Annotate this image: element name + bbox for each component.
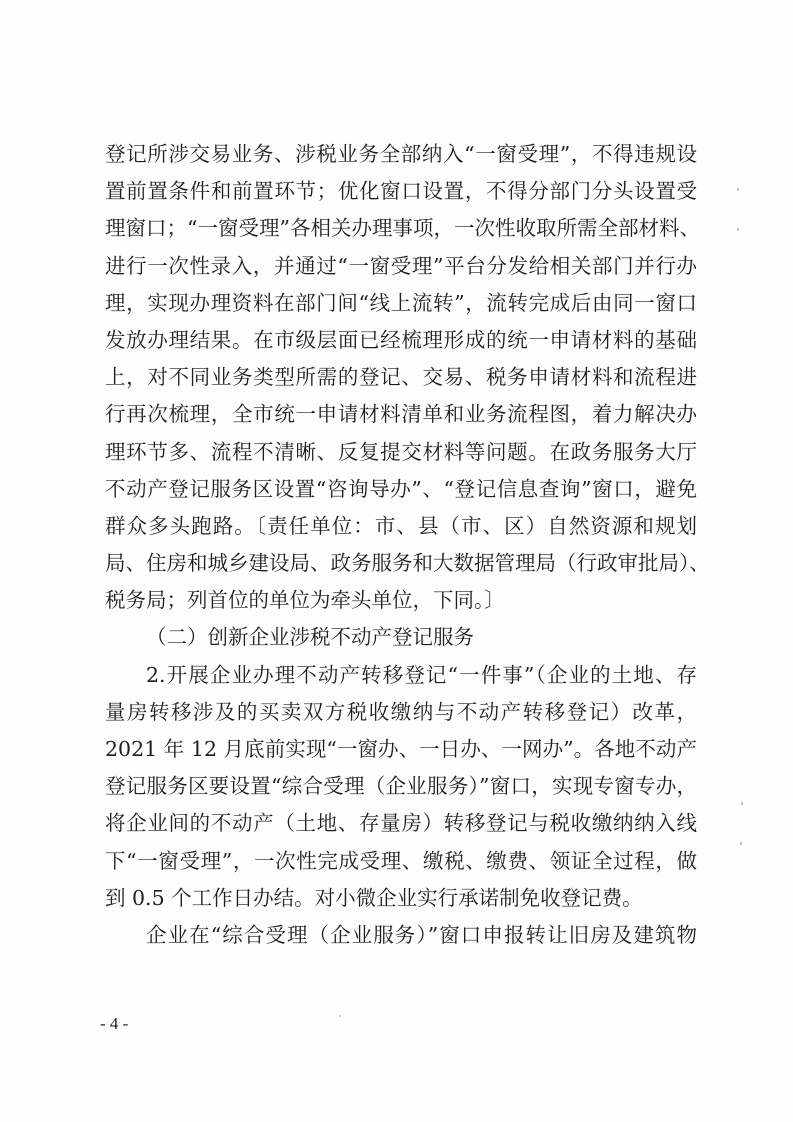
document-page: 登记所涉交易业务、涉税业务全部纳入“一窗受理”，不得违规设 置前置条件和前置环节… bbox=[0, 0, 793, 1122]
scan-speck bbox=[741, 802, 743, 805]
text-line: 上，对不同业务类型所需的登记、交易、税务申请材料和流程进 bbox=[105, 359, 697, 396]
text-line: 到 0.5 个工作日办结。对小微企业实行承诺制免收登记费。 bbox=[105, 880, 697, 917]
text-line: 不动产登记服务区设置“咨询导办”、“登记信息查询”窗口，避免 bbox=[105, 471, 697, 508]
text-line: 将企业间的不动产（土地、存量房）转移登记与税收缴纳纳入线 bbox=[105, 805, 697, 842]
text-line: 发放办理结果。在市级层面已经梳理形成的统一申请材料的基础 bbox=[105, 322, 697, 359]
text-line: 下“一窗受理”，一次性完成受理、缴税、缴费、领证全过程，做 bbox=[105, 843, 697, 880]
scan-speck bbox=[737, 228, 739, 231]
text-line: 群众多头跑路。〔责任单位：市、县（市、区）自然资源和规划 bbox=[105, 508, 697, 545]
text-line: 量房转移涉及的买卖双方税收缴纳与不动产转移登记）改革， bbox=[105, 694, 697, 731]
text-line: 局、住房和城乡建设局、政务服务和大数据管理局（行政审批局）、 bbox=[105, 545, 697, 582]
page-number: - 4 - bbox=[100, 1014, 128, 1034]
scan-speck bbox=[737, 188, 739, 191]
text-line: 登记所涉交易业务、涉税业务全部纳入“一窗受理”，不得违规设 bbox=[105, 136, 697, 173]
text-line: 税务局；列首位的单位为牵头单位，下同。〕 bbox=[105, 582, 697, 619]
text-line: 行再次梳理，全市统一申请材料清单和业务流程图，着力解决办 bbox=[105, 396, 697, 433]
text-line: 理环节多、流程不清晰、反复提交材料等问题。在政务服务大厅 bbox=[105, 434, 697, 471]
text-line: 置前置条件和前置环节；优化窗口设置，不得分部门分头设置受 bbox=[105, 173, 697, 210]
scan-speck bbox=[740, 842, 742, 845]
document-body: 登记所涉交易业务、涉税业务全部纳入“一窗受理”，不得违规设 置前置条件和前置环节… bbox=[105, 136, 697, 954]
text-line: 2.开展企业办理不动产转移登记“一件事”（企业的土地、存 bbox=[105, 657, 697, 694]
text-line: 进行一次性录入，并通过“一窗受理”平台分发给相关部门并行办 bbox=[105, 248, 697, 285]
text-line: 登记服务区要设置“综合受理（企业服务）”窗口，实现专窗专办， bbox=[105, 768, 697, 805]
section-heading: （二）创新企业涉税不动产登记服务 bbox=[105, 619, 697, 656]
text-line: 2021 年 12 月底前实现“一窗办、一日办、一网办”。各地不动产 bbox=[105, 731, 697, 768]
text-line: 理，实现办理资料在部门间“线上流转”，流转完成后由同一窗口 bbox=[105, 285, 697, 322]
text-line: 理窗口；“一窗受理”各相关办理事项，一次性收取所需全部材料、 bbox=[105, 210, 697, 247]
text-line: 企业在“综合受理（企业服务）”窗口申报转让旧房及建筑物 bbox=[105, 917, 697, 954]
scan-speck bbox=[339, 1015, 341, 1017]
